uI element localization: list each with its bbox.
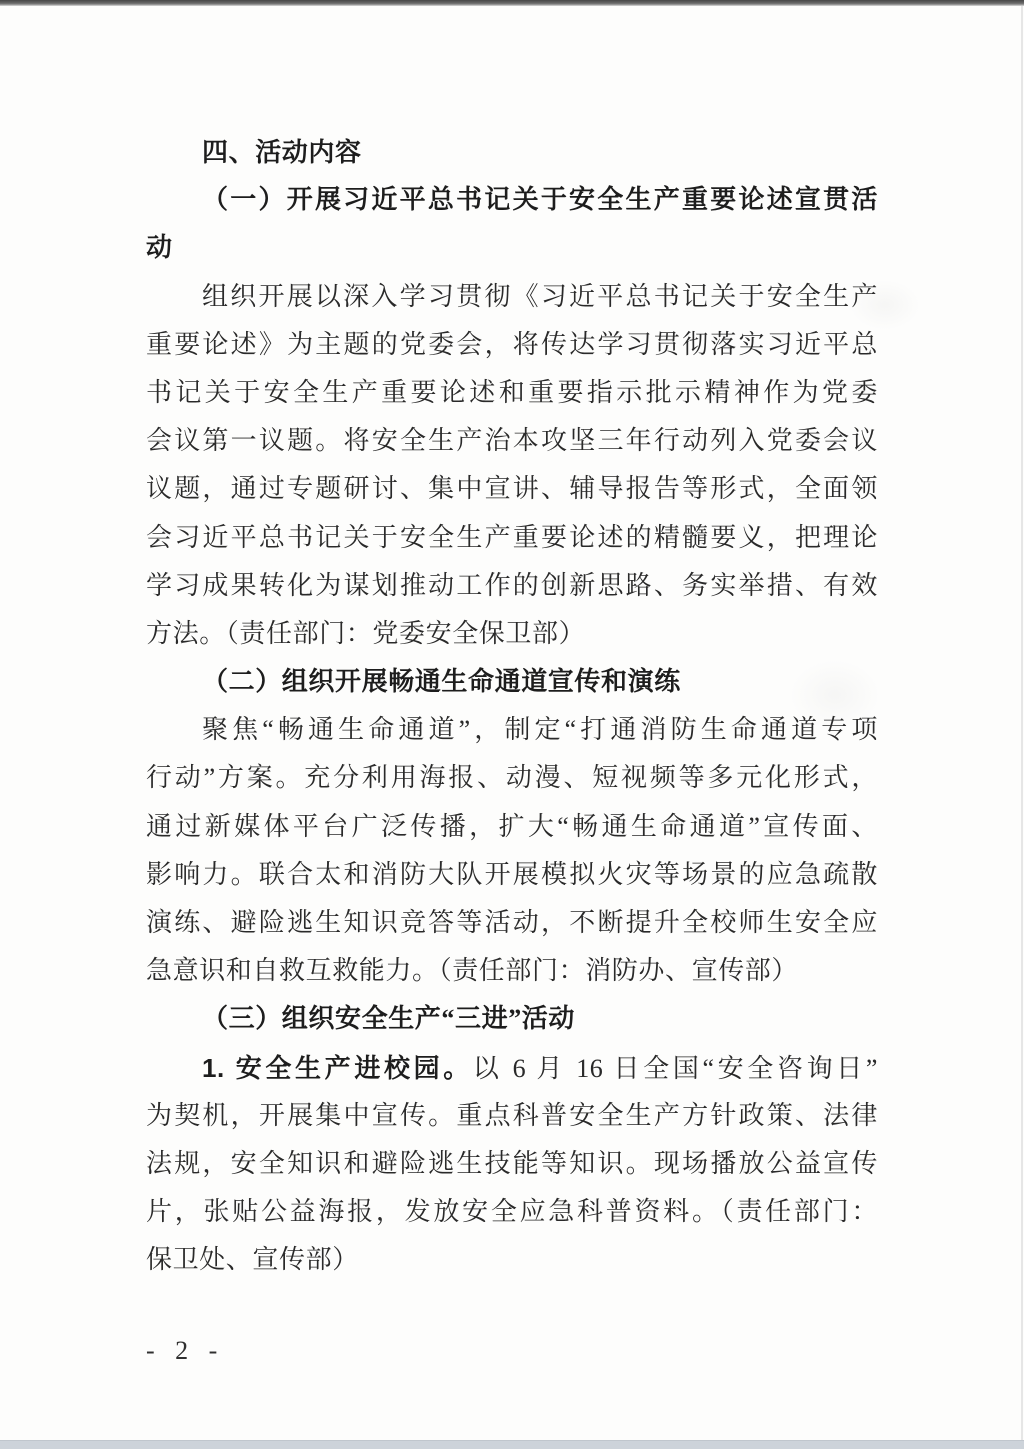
text-line-6: 书记关于安全生产重要论述和重要指示批示精神作为党委 (146, 369, 878, 417)
body-text-run: 方法。（责任部门：党委安全保卫部） (146, 619, 585, 648)
body-text-run: 聚焦“畅通生命通道”，制定“打通消防生命通道专项 (202, 715, 878, 744)
text-line-2: （一）开展习近平总书记关于安全生产重要论述宣贯活 (146, 176, 878, 224)
body-text-run: 重要论述》为主题的党委会，将传达学习贯彻落实习近平总 (146, 330, 878, 359)
text-line-19: （三）组织安全生产“三进”活动 (146, 995, 878, 1043)
text-line-9: 会习近平总书记关于安全生产重要论述的精髓要义，把理论 (146, 514, 878, 562)
body-text-run: 急意识和自救互救能力。（责任部门：消防办、宣传部） (146, 956, 798, 985)
scan-edge-bottom (0, 1440, 1024, 1449)
body-text-run: 影响力。联合太和消防大队开展模拟火灾等场景的应急疏散 (146, 860, 878, 889)
body-text-run: 法规，安全知识和避险逃生技能等知识。现场播放公益宣传 (146, 1149, 878, 1178)
text-line-22: 法规，安全知识和避险逃生技能等知识。现场播放公益宣传 (146, 1140, 878, 1188)
text-line-1: 四、活动内容 (146, 128, 878, 176)
body-text-run: 会议第一议题。将安全生产治本攻坚三年行动列入党委会议 (146, 426, 878, 455)
heading-text-run: （一）开展习近平总书记关于安全生产重要论述宣贯活 (202, 185, 878, 214)
text-line-5: 重要论述》为主题的党委会，将传达学习贯彻落实习近平总 (146, 321, 878, 369)
text-line-24: 保卫处、宣传部） (146, 1236, 878, 1284)
heading-text-run: 1. 安全生产进校园。 (202, 1053, 473, 1083)
body-text-run: 学习成果转化为谋划推动工作的创新思路、务实举措、有效 (146, 571, 878, 600)
heading-text-run: 四、活动内容 (202, 137, 362, 167)
body-text-run: 保卫处、宣传部） (146, 1245, 359, 1274)
text-line-7: 会议第一议题。将安全生产治本攻坚三年行动列入党委会议 (146, 417, 878, 465)
page-number: - 2 - (146, 1336, 224, 1366)
body-text-run: 以 6 月 16 日全国“安全咨询日” (473, 1054, 878, 1083)
text-line-16: 影响力。联合太和消防大队开展模拟火灾等场景的应急疏散 (146, 851, 878, 899)
text-line-20: 1. 安全生产进校园。以 6 月 16 日全国“安全咨询日” (146, 1044, 878, 1092)
text-line-21: 为契机，开展集中宣传。重点科普安全生产方针政策、法律 (146, 1092, 878, 1140)
body-text-run: 为契机，开展集中宣传。重点科普安全生产方针政策、法律 (146, 1101, 878, 1130)
body-text-run: 行动”方案。充分利用海报、动漫、短视频等多元化形式， (146, 763, 878, 792)
text-line-23: 片，张贴公益海报，发放安全应急科普资料。（责任部门： (146, 1188, 878, 1236)
text-line-15: 通过新媒体平台广泛传播，扩大“畅通生命通道”宣传面、 (146, 803, 878, 851)
body-text-run: 会习近平总书记关于安全生产重要论述的精髓要义，把理论 (146, 523, 878, 552)
text-line-10: 学习成果转化为谋划推动工作的创新思路、务实举措、有效 (146, 562, 878, 610)
heading-text-run: （二）组织开展畅通生命通道宣传和演练 (202, 667, 681, 696)
scan-edge-top (0, 0, 1024, 6)
text-line-18: 急意识和自救互救能力。（责任部门：消防办、宣传部） (146, 947, 878, 995)
heading-text-run: （三）组织安全生产“三进”活动 (202, 1004, 575, 1033)
heading-text-run: 动 (146, 233, 173, 262)
text-line-17: 演练、避险逃生知识竞答等活动，不断提升全校师生安全应 (146, 899, 878, 947)
body-text-run: 演练、避险逃生知识竞答等活动，不断提升全校师生安全应 (146, 908, 878, 937)
scan-edge-right (1021, 6, 1023, 1441)
text-line-12: （二）组织开展畅通生命通道宣传和演练 (146, 658, 878, 706)
text-line-13: 聚焦“畅通生命通道”，制定“打通消防生命通道专项 (146, 706, 878, 754)
body-text-run: 议题，通过专题研讨、集中宣讲、辅导报告等形式，全面领 (146, 474, 878, 503)
body-text-run: 片，张贴公益海报，发放安全应急科普资料。（责任部门： (146, 1197, 878, 1226)
body-text-run: 通过新媒体平台广泛传播，扩大“畅通生命通道”宣传面、 (146, 812, 878, 841)
body-text-run: 组织开展以深入学习贯彻《习近平总书记关于安全生产 (202, 282, 878, 311)
text-line-4: 组织开展以深入学习贯彻《习近平总书记关于安全生产 (146, 273, 878, 321)
document-page: 四、活动内容（一）开展习近平总书记关于安全生产重要论述宣贯活动组织开展以深入学习… (0, 0, 1024, 1449)
text-line-3: 动 (146, 224, 878, 272)
body-text-run: 书记关于安全生产重要论述和重要指示批示精神作为党委 (146, 378, 878, 407)
text-line-14: 行动”方案。充分利用海报、动漫、短视频等多元化形式， (146, 754, 878, 802)
document-body: 四、活动内容（一）开展习近平总书记关于安全生产重要论述宣贯活动组织开展以深入学习… (146, 128, 878, 1285)
text-line-11: 方法。（责任部门：党委安全保卫部） (146, 610, 878, 658)
text-line-8: 议题，通过专题研讨、集中宣讲、辅导报告等形式，全面领 (146, 465, 878, 513)
